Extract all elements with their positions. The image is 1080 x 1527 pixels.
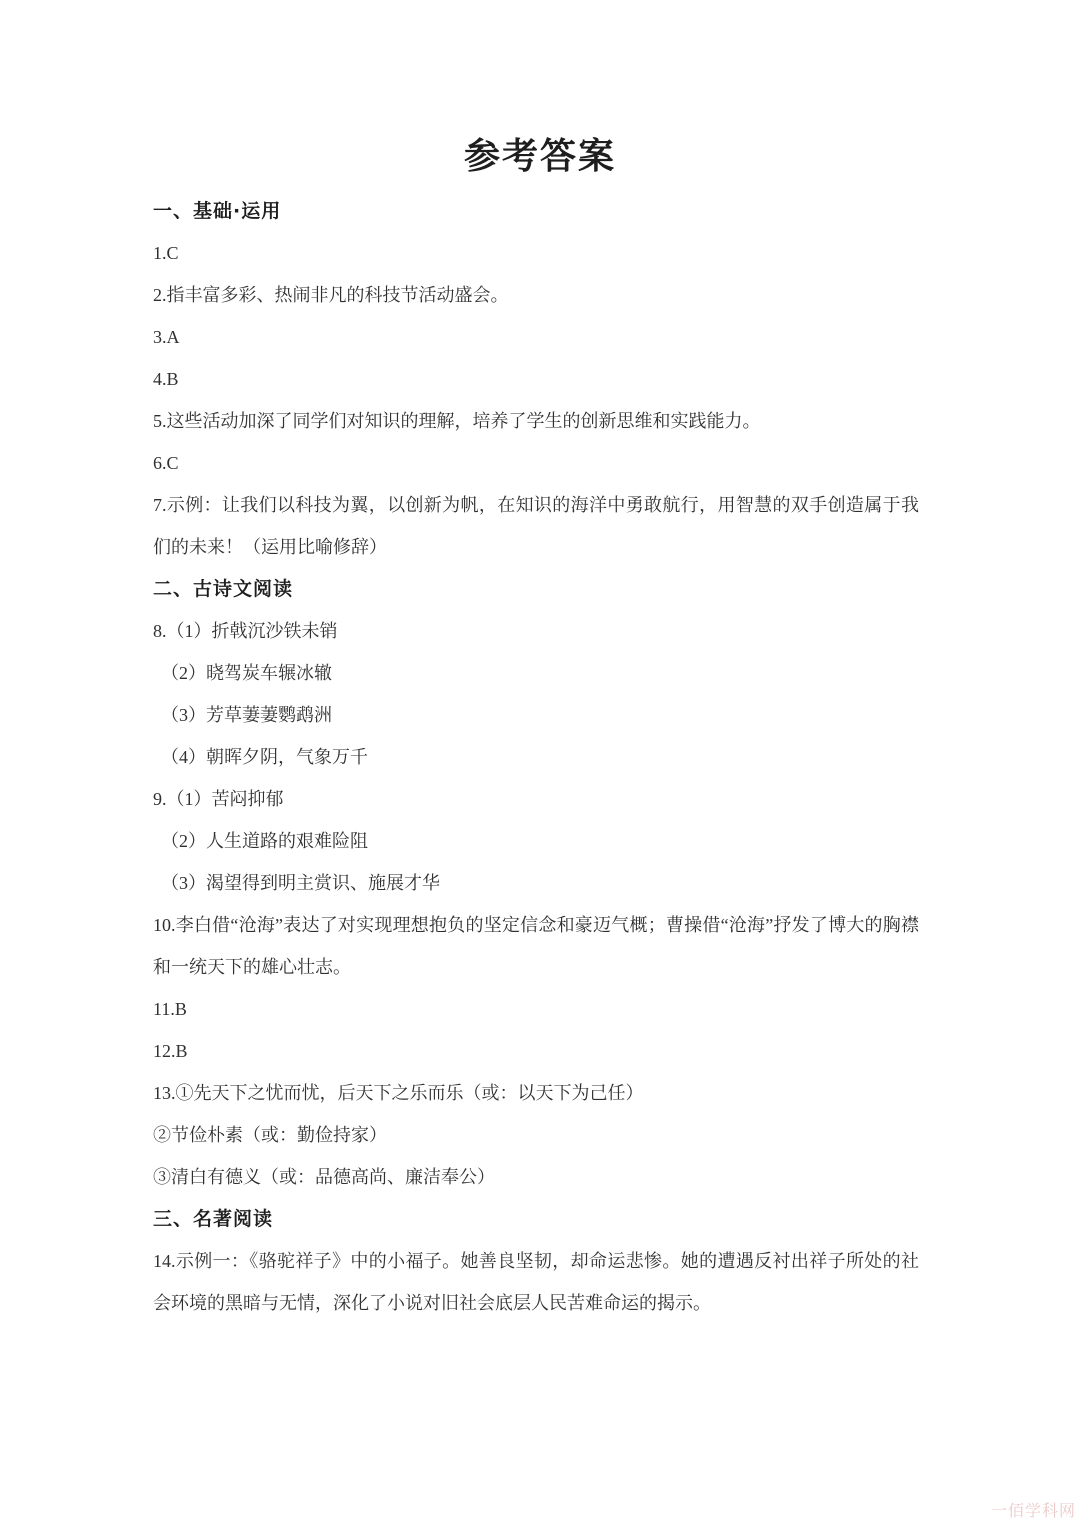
answer-line: （2）人生道路的艰难险阻 (153, 820, 919, 862)
answer-line: 7.示例：让我们以科技为翼，以创新为帆，在知识的海洋中勇敢航行，用智慧的双手创造… (153, 484, 919, 568)
answer-content: 一、基础·运用1.C2.指丰富多彩、热闹非凡的科技节活动盛会。3.A4.B5.这… (153, 190, 919, 1324)
answer-line: （3）芳草萋萋鹦鹉洲 (153, 694, 919, 736)
answer-line: 5.这些活动加深了同学们对知识的理解，培养了学生的创新思维和实践能力。 (153, 400, 919, 442)
section-heading-2: 二、古诗文阅读 (153, 568, 919, 610)
answer-line: ②节俭朴素（或：勤俭持家） (153, 1114, 919, 1156)
answer-line: 6.C (153, 442, 919, 484)
answer-line: （4）朝晖夕阴，气象万千 (153, 736, 919, 778)
answer-line: 14.示例一：《骆驼祥子》中的小福子。她善良坚韧，却命运悲惨。她的遭遇反衬出祥子… (153, 1240, 919, 1324)
answer-line: 4.B (153, 358, 919, 400)
section-heading-3: 三、名著阅读 (153, 1198, 919, 1240)
answer-line: 9.（1）苦闷抑郁 (153, 778, 919, 820)
answer-line: 12.B (153, 1030, 919, 1072)
answer-line: 2.指丰富多彩、热闹非凡的科技节活动盛会。 (153, 274, 919, 316)
answer-line: （3）渴望得到明主赏识、施展才华 (153, 862, 919, 904)
answer-line: 10.李白借“沧海”表达了对实现理想抱负的坚定信念和豪迈气概；曹操借“沧海”抒发… (153, 904, 919, 988)
section-heading-1: 一、基础·运用 (153, 190, 919, 232)
answer-line: ③清白有德义（或：品德高尚、廉洁奉公） (153, 1156, 919, 1198)
answer-line: 8.（1）折戟沉沙铁未销 (153, 610, 919, 652)
answer-key-page: 参考答案 一、基础·运用1.C2.指丰富多彩、热闹非凡的科技节活动盛会。3.A4… (0, 0, 1080, 1527)
answer-line: 1.C (153, 232, 919, 274)
answer-line: 3.A (153, 316, 919, 358)
answer-line: 11.B (153, 988, 919, 1030)
answer-line: 13.①先天下之忧而忧，后天下之乐而乐（或：以天下为己任） (153, 1072, 919, 1114)
watermark-text: 一佰学科网 (991, 1498, 1076, 1521)
page-title: 参考答案 (0, 128, 1080, 179)
answer-line: （2）晓驾炭车辗冰辙 (153, 652, 919, 694)
